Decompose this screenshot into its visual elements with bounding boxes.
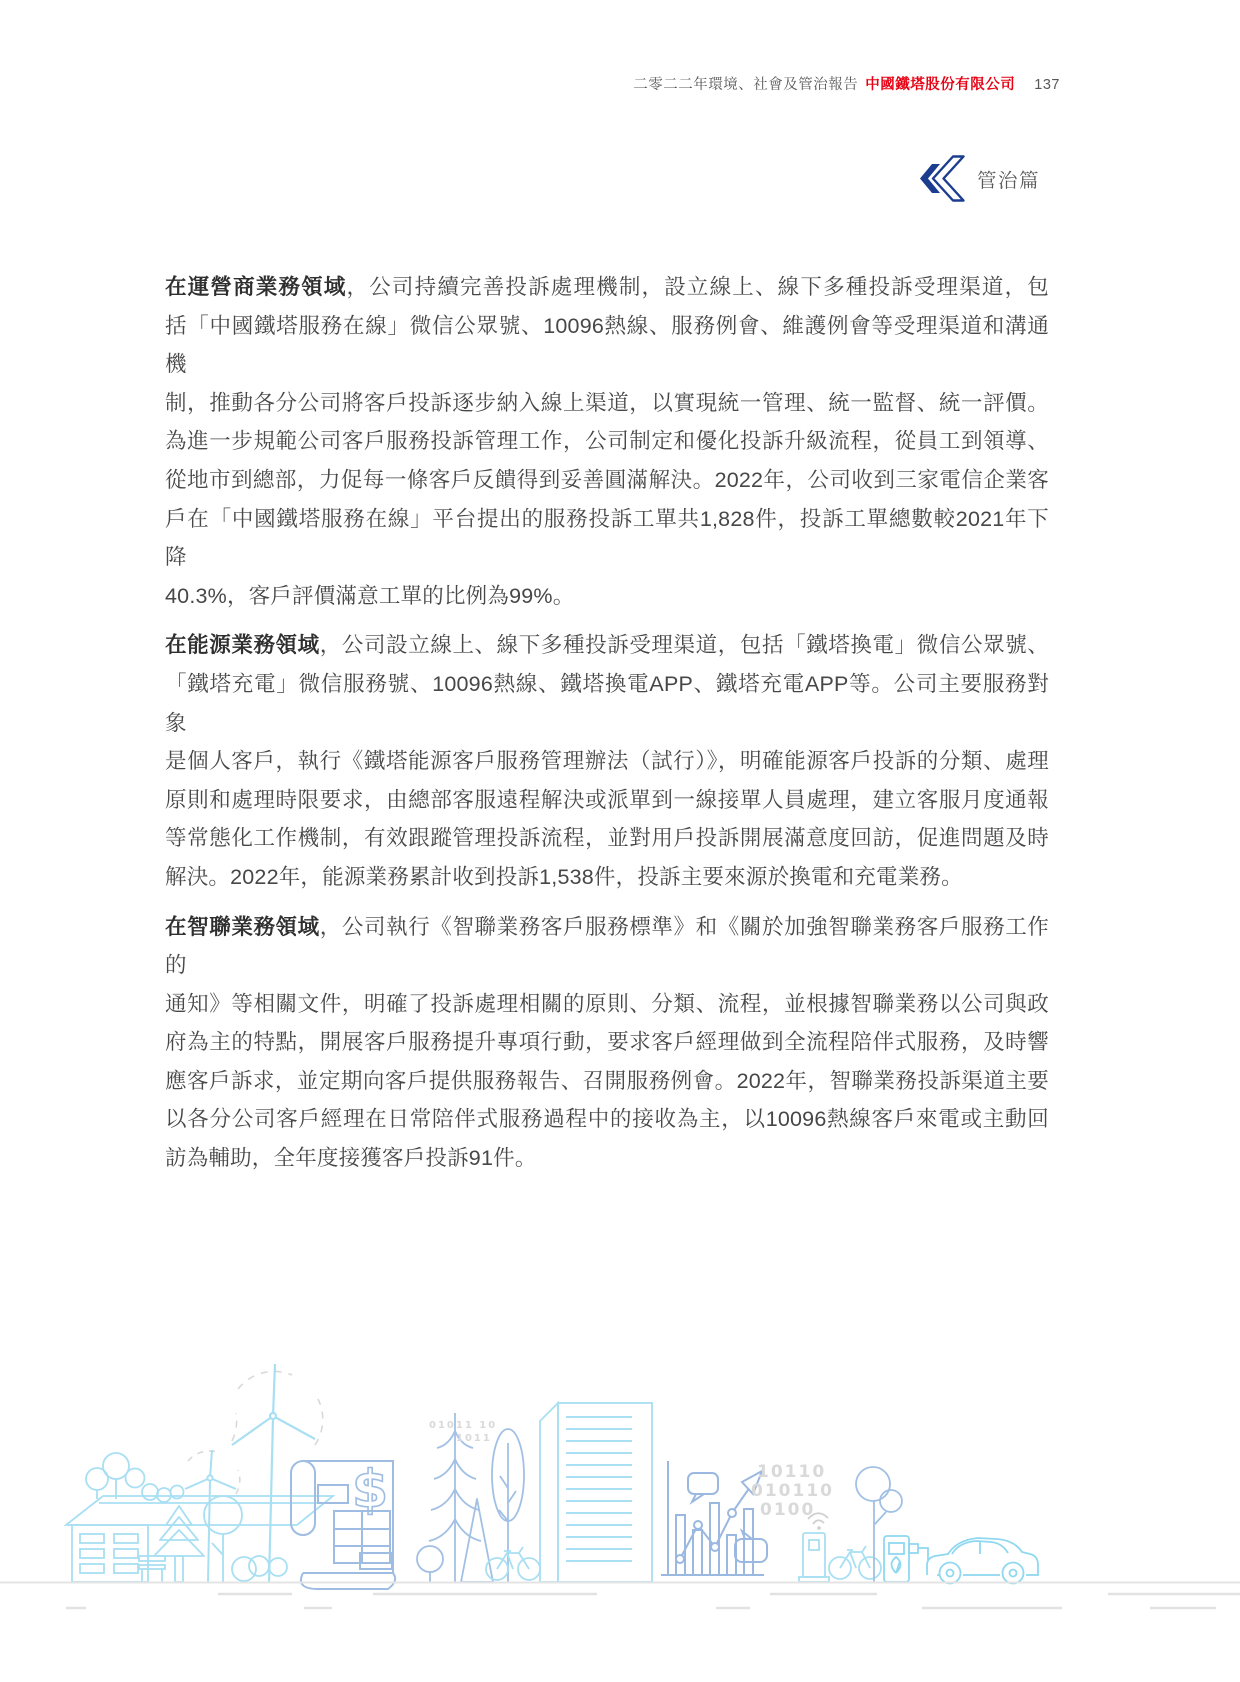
text-line: 制，推動各分公司將客戶投訴逐步納入線上渠道，以實現統一管理、統一監督、統一評價。 — [165, 384, 1049, 423]
paragraph-smart-connection-business: 在智聯業務領域，公司執行《智聯業務客戶服務標準》和《關於加強智聯業務客戶服務工作… — [165, 908, 1049, 1178]
paragraph-lead: 在能源業務領域 — [165, 633, 320, 657]
text-run: ，公司設立線上、線下多種投訴受理渠道，包括「鐵塔換電」微信公眾號、 — [320, 633, 1049, 657]
ground-dashes — [66, 1594, 1240, 1608]
footer-illustration: $ — [0, 1263, 1240, 1682]
ev-charger-icon — [884, 1536, 928, 1582]
binary-text: 010110 — [751, 1481, 834, 1501]
paragraph-energy-business: 在能源業務領域，公司設立線上、線下多種投訴受理渠道，包括「鐵塔換電」微信公眾號、… — [165, 626, 1049, 896]
bench-icon — [139, 1556, 165, 1582]
wind-turbine-large-icon — [232, 1364, 323, 1582]
paragraph-lead: 在智聯業務領域 — [165, 915, 320, 939]
text-line: 從地市到總部，力促每一條客戶反饋得到妥善圓滿解決。2022年，公司收到三家電信企… — [165, 461, 1049, 500]
page-body-text: 在運營商業務領域，公司持續完善投訴處理機制，設立線上、線下多種投訴受理渠道，包 … — [165, 268, 1049, 1189]
text-line: 等常態化工作機制，有效跟蹤管理投訴流程，並對用戶投訴開展滿意度回訪，促進問題及時 — [165, 819, 1049, 858]
text-line: 通知》等相關文件，明確了投訴處理相關的原則、分類、流程，並根據智聯業務以公司與政 — [165, 985, 1049, 1024]
small-tree-icon — [417, 1546, 443, 1582]
text-line: 在運營商業務領域，公司持續完善投訴處理機制，設立線上、線下多種投訴受理渠道，包 — [165, 268, 1049, 307]
text-run: ，公司持續完善投訴處理機制，設立線上、線下多種投訴受理渠道，包 — [347, 275, 1049, 299]
dollar-sign: $ — [352, 1460, 388, 1520]
report-title: 二零二二年環境、社會及管治報告 — [633, 77, 858, 93]
smart-kiosk-icon — [799, 1513, 829, 1582]
section-label: 管治篇 — [977, 165, 1040, 193]
report-page: 二零二二年環境、社會及管治報告中國鐵塔股份有限公司137 管治篇 在運營商業務領… — [0, 0, 1240, 1682]
text-line: 40.3%，客戶評價滿意工單的比例為99%。 — [165, 577, 1049, 616]
text-line: 在智聯業務領域，公司執行《智聯業務客戶服務標準》和《關於加強智聯業務客戶服務工作… — [165, 908, 1049, 985]
binary-digits: 01011 10 1011 10110 010110 0100 — [429, 1420, 834, 1520]
paragraph-operator-business: 在運營商業務領域，公司持續完善投訴處理機制，設立線上、線下多種投訴受理渠道，包 … — [165, 268, 1049, 615]
text-line: 訪為輔助，全年度接獲客戶投訴91件。 — [165, 1139, 1049, 1178]
text-line: 府為主的特點，開展客戶服務提升專項行動，要求客戶經理做到全流程陪伴式服務，及時響 — [165, 1023, 1049, 1062]
text-line: 在能源業務領域，公司設立線上、線下多種投訴受理渠道，包括「鐵塔換電」微信公眾號、 — [165, 626, 1049, 665]
text-line: 為進一步規範公司客戶服務投訴管理工作，公司制定和優化投訴升級流程，從員工到領導、 — [165, 422, 1049, 461]
binary-text: 01011 10 — [429, 1420, 497, 1431]
text-line: 「鐵塔充電」微信服務號、10096熱線、鐵塔換電APP、鐵塔充電APP等。公司主… — [165, 665, 1049, 742]
growth-chart-icon — [661, 1461, 767, 1575]
double-chevron-left-icon — [919, 155, 965, 203]
text-line: 是個人客戶，執行《鐵塔能源客戶服務管理辦法（試行）》，明確能源客戶投訴的分類、處… — [165, 742, 1049, 781]
binary-text: 10110 — [757, 1462, 826, 1482]
round-tree-icon — [856, 1467, 902, 1582]
electric-car-icon — [927, 1538, 1038, 1584]
text-line: 原則和處理時限要求，由總部客服遠程解決或派單到一線接單人員處理，建立客服月度通報 — [165, 781, 1049, 820]
binary-text: 1011 — [456, 1433, 492, 1444]
house-solar-roof-icon — [66, 1496, 333, 1582]
page-number: 137 — [1034, 77, 1060, 93]
text-line: 戶在「中國鐵塔服務在線」平台提出的服務投訴工單共1,828件，投訴工單總數較20… — [165, 500, 1049, 577]
energy-bill-icon: $ — [291, 1460, 395, 1589]
round-tree-icon — [204, 1496, 287, 1582]
oval-tree-icon — [492, 1429, 524, 1582]
office-building-icon — [540, 1403, 652, 1582]
text-line: 以各分公司客戶經理在日常陪伴式服務過程中的接收為主，以10096熱線客戶來電或主… — [165, 1100, 1049, 1139]
text-line: 應客戶訴求，並定期向客戶提供服務報告、召開服務例會。2022年，智聯業務投訴渠道… — [165, 1062, 1049, 1101]
text-line: 解決。2022年，能源業務累計收到投訴1,538件，投訴主要來源於換電和充電業務… — [165, 858, 1049, 897]
page-header: 二零二二年環境、社會及管治報告中國鐵塔股份有限公司137 — [633, 73, 1060, 94]
paragraph-lead: 在運營商業務領域 — [165, 275, 347, 299]
section-tab: 管治篇 — [919, 155, 1040, 203]
tree-cluster-icon — [86, 1453, 184, 1502]
company-name: 中國鐵塔股份有限公司 — [865, 77, 1015, 93]
wind-turbine-small-icon — [185, 1450, 240, 1582]
binary-text: 0100 — [760, 1500, 815, 1520]
text-line: 括「中國鐵塔服務在線」微信公眾號、10096熱線、服務例會、維護例會等受理渠道和… — [165, 307, 1049, 384]
bicycle-icon — [486, 1547, 540, 1580]
